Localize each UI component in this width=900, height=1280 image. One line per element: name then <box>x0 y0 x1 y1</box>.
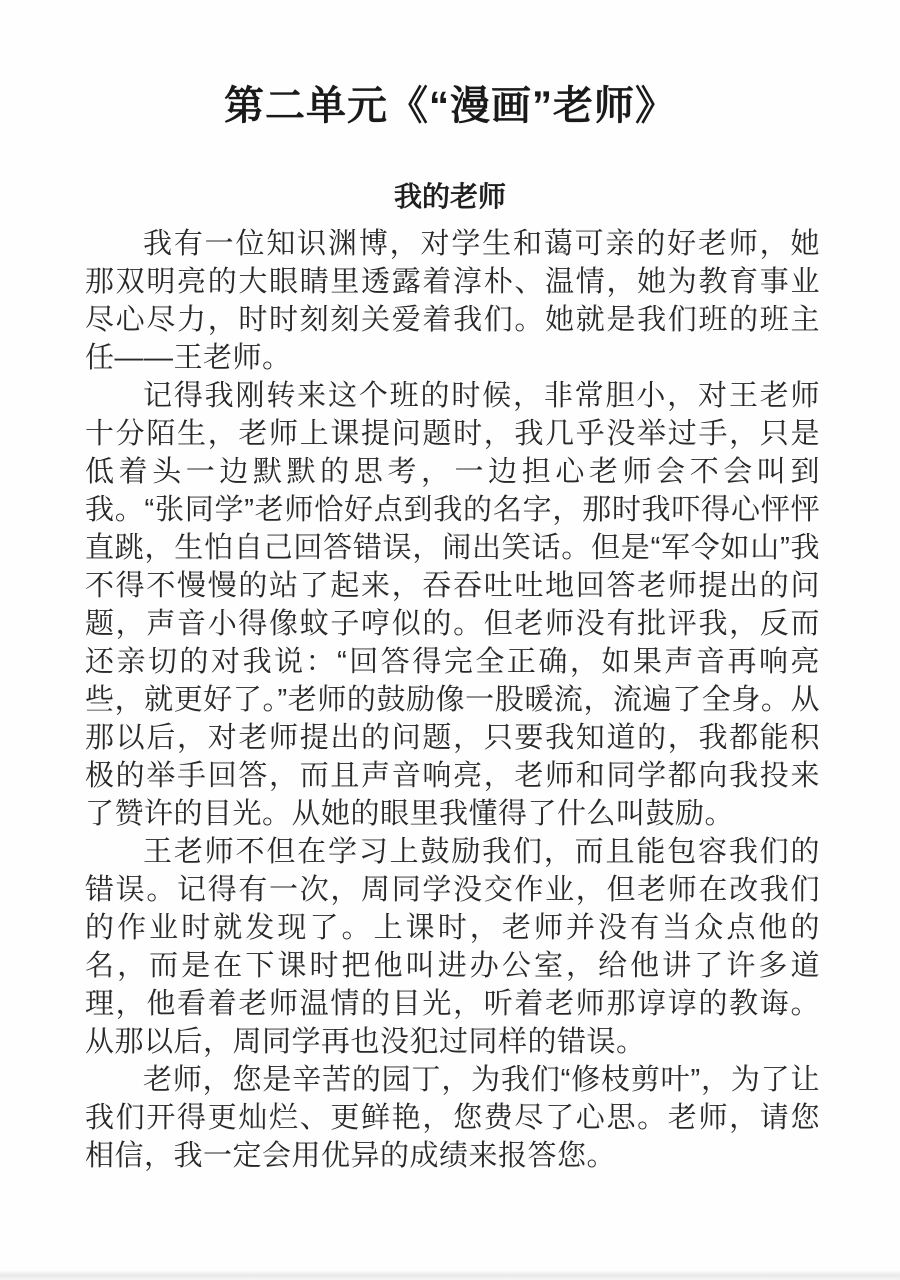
paragraph: 记得我刚转来这个班的时候，非常胆小，对王老师十分陌生，老师上课提问题时，我几乎没… <box>85 377 820 833</box>
paragraph: 我有一位知识渊博，对学生和蔼可亲的好老师，她那双明亮的大眼睛里透露着淳朴、温情，… <box>85 225 820 377</box>
unit-title: 第二单元《“漫画”老师》 <box>0 86 900 126</box>
essay-body: 我有一位知识渊博，对学生和蔼可亲的好老师，她那双明亮的大眼睛里透露着淳朴、温情，… <box>0 225 900 1175</box>
paragraph: 老师，您是辛苦的园丁，为我们“修枝剪叶”，为了让我们开得更灿烂、更鲜艳，您费尽了… <box>85 1061 820 1175</box>
document-page: 第二单元《“漫画”老师》 我的老师 我有一位知识渊博，对学生和蔼可亲的好老师，她… <box>0 0 900 1280</box>
essay-title: 我的老师 <box>0 183 900 211</box>
paragraph: 王老师不但在学习上鼓励我们，而且能包容我们的错误。记得有一次，周同学没交作业，但… <box>85 833 820 1061</box>
page-bottom-edge-shadow <box>0 1270 900 1280</box>
